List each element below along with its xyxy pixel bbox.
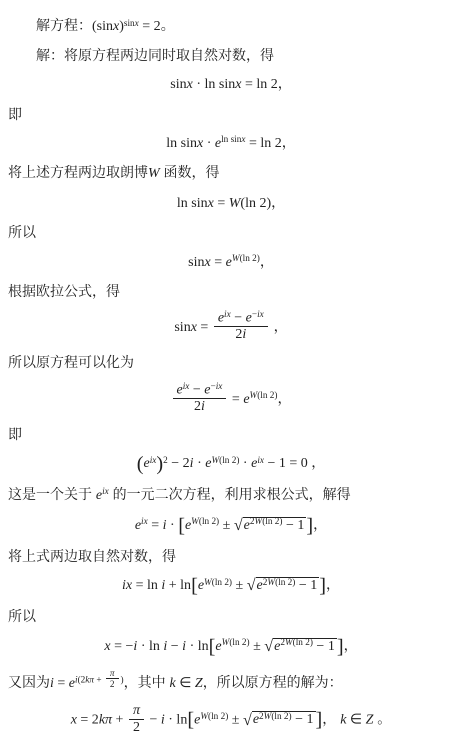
math-superscript: W(ln 2): [191, 517, 219, 526]
eq-x-intermediate: x = −i · ln i − i · ln[eW(ln 2) ± √e2W(l…: [8, 636, 454, 658]
math-roman: (ln 2): [212, 577, 232, 587]
math-roman: sin: [124, 18, 135, 28]
math-roman: (ln 2): [240, 253, 260, 263]
math-roman: ·: [239, 456, 251, 471]
text-run: 的一元二次方程，利用求根公式，解得: [109, 486, 351, 502]
math-roman: · ln: [137, 639, 163, 654]
fraction-denominator: 2i: [173, 399, 227, 415]
math-roman: (ln 2): [229, 637, 249, 647]
text-run: ，: [326, 576, 340, 592]
math-roman: ±: [228, 712, 243, 727]
eq-quadratic-in-eix: (eix)2 − 2i · eW(ln 2) · eix − 1 = 0 ，: [8, 453, 454, 474]
radicand: e2W(ln 2) − 1: [256, 577, 320, 593]
math-variable: π: [110, 668, 115, 678]
math-roman: − 1: [313, 639, 335, 654]
text-run: ，: [322, 710, 340, 726]
radical-icon: √: [243, 712, 252, 729]
step-solve-quadratic: 这是一个关于 eix 的一元二次方程，利用求根公式，解得: [8, 485, 454, 505]
math-roman: −: [189, 382, 204, 397]
big-bracket: ]: [337, 635, 344, 657]
math-fraction: π2: [106, 668, 119, 690]
math-roman: ln sin: [221, 134, 241, 144]
math-roman: 2: [110, 679, 115, 689]
math-variable: ix: [216, 381, 223, 391]
text-run: 所以原方程可以化为: [8, 354, 134, 370]
fraction-numerator: π: [106, 668, 119, 680]
problem-statement: 解方程：(sinx)sinx = 2。: [8, 16, 454, 36]
text-run: ，: [260, 253, 274, 269]
math-superscript: −ix: [211, 382, 223, 391]
math-superscript: ix: [224, 310, 231, 319]
text-run: 根据欧拉公式，得: [8, 283, 120, 299]
text-run: ，: [278, 75, 292, 91]
square-root: √e2W(ln 2) − 1: [234, 516, 307, 537]
math-variable: ix: [224, 309, 231, 319]
math-roman: = 2: [139, 19, 161, 34]
math-variable: W: [232, 253, 240, 263]
math-roman: sin: [170, 77, 186, 92]
text-run: ，所以原方程的解为：: [203, 674, 343, 690]
math-variable: ix: [257, 455, 264, 465]
text-run: ，: [311, 454, 325, 470]
math-variable: ix: [122, 578, 132, 593]
fraction-denominator: 2: [129, 720, 144, 736]
eq-lnsinx-exp-form: ln sinx · eln sinx = ln 2，: [8, 133, 454, 153]
math-roman: (ln 2): [219, 455, 239, 465]
text-run: ，: [282, 134, 296, 150]
math-variable: kπ: [85, 674, 94, 684]
math-roman: sin: [174, 320, 190, 335]
math-roman: ±: [232, 578, 247, 593]
math-roman: ·: [194, 456, 206, 471]
math-roman: · ln: [186, 639, 209, 654]
math-roman: −: [167, 639, 182, 654]
text-run: ，: [271, 194, 285, 210]
square-root: √e2W(ln 2) − 1: [247, 576, 320, 597]
math-variable: W: [211, 455, 219, 465]
math-roman: − 1: [295, 578, 317, 593]
text-run: ，: [278, 390, 292, 406]
math-variable: W: [285, 637, 293, 647]
math-superscript: W(ln 2): [232, 254, 260, 263]
text-run: 即: [8, 426, 22, 442]
text-run: 解方程：: [36, 17, 92, 33]
math-roman: ±: [250, 639, 265, 654]
math-roman: =: [54, 676, 69, 691]
math-roman: =: [214, 196, 229, 211]
math-roman: −: [146, 712, 161, 727]
fraction-denominator: 2i: [214, 327, 268, 343]
eq-sinx-ln-sinx: sinx · ln sinx = ln 2，: [8, 74, 454, 94]
document-page: 解方程：(sinx)sinx = 2。解：将原方程两边同时取自然对数，得sinx…: [0, 0, 462, 752]
big-bracket: [: [191, 575, 198, 597]
math-roman: =: [148, 518, 163, 533]
text-run: ，: [313, 516, 327, 532]
math-roman: = −: [111, 639, 134, 654]
math-roman: −: [231, 310, 246, 325]
eq-sinx-equals-eW: sinx = eW(ln 2)，: [8, 252, 454, 272]
radicand: e2W(ln 2) − 1: [273, 638, 337, 654]
square-root: √e2W(ln 2) − 1: [264, 637, 337, 658]
math-variable: Z: [195, 676, 203, 691]
math-roman: sin: [188, 255, 204, 270]
math-superscript: 2W(ln 2): [250, 517, 283, 526]
math-variable: kπ: [99, 712, 112, 727]
math-fraction: eix − e−ix2i: [173, 382, 227, 416]
radical-icon: √: [264, 638, 273, 655]
math-superscript: W(ln 2): [211, 456, 239, 465]
math-roman: + ln: [165, 578, 191, 593]
step-transform-equation: 所以原方程可以化为: [8, 353, 454, 371]
math-roman: ·: [203, 136, 215, 151]
math-roman: = ln 2: [241, 77, 277, 92]
math-superscript: i(2kπ + π2): [75, 668, 124, 690]
connector-therefore-1: 所以: [8, 223, 454, 241]
radicand: e2W(ln 2) − 1: [252, 711, 316, 727]
connector-namely-1: 即: [8, 105, 454, 123]
eq-lnsinx-equals-W: ln sinx = W(ln 2)，: [8, 193, 454, 213]
math-fraction: eix − e−ix2i: [214, 310, 268, 344]
math-roman: ln sin: [177, 196, 208, 211]
eq-euler-sine: sinx = eix − e−ix2i ，: [8, 310, 454, 344]
math-variable: W: [204, 577, 212, 587]
math-roman: (sin: [92, 19, 113, 34]
math-superscript: 2W(ln 2): [259, 712, 292, 721]
math-roman: − 1: [292, 712, 314, 727]
text-run: ，其中: [124, 674, 170, 690]
math-variable: ix: [257, 309, 264, 319]
math-roman: (ln 2): [240, 196, 271, 211]
text-run: 。: [161, 17, 175, 33]
math-roman: − 1: [282, 518, 304, 533]
math-roman: +: [94, 674, 104, 684]
math-superscript: ln sinx: [221, 135, 245, 144]
text-run: 又因为: [8, 674, 50, 690]
math-superscript: ix: [141, 517, 148, 526]
math-roman: (ln 2): [275, 577, 295, 587]
text-run: 将上述方程两边取朗博: [8, 164, 148, 180]
eq-transformed: eix − e−ix2i = eW(ln 2)，: [8, 382, 454, 416]
math-roman: (ln 2): [199, 516, 219, 526]
math-roman: ∈: [176, 676, 195, 691]
math-roman: 2: [133, 720, 140, 735]
fraction-denominator: 2: [106, 679, 119, 690]
radical-icon: √: [234, 517, 243, 534]
math-variable: ix: [141, 516, 148, 526]
math-variable: W: [200, 711, 208, 721]
eq-ix: ix = ln i + ln[eW(ln 2) ± √e2W(ln 2) − 1…: [8, 575, 454, 597]
big-bracket: [: [178, 515, 185, 537]
text-run: 即: [8, 106, 22, 122]
text-run: 将上式两边取自然对数，得: [8, 548, 176, 564]
document-body: 解方程：(sinx)sinx = 2。解：将原方程两边同时取自然对数，得sinx…: [8, 16, 454, 736]
math-variable: W: [229, 196, 241, 211]
math-roman: ln sin: [166, 136, 197, 151]
text-run: ，: [270, 318, 288, 334]
math-fraction: π2: [129, 703, 144, 736]
connector-namely-2: 即: [8, 425, 454, 443]
math-superscript: ix: [102, 487, 109, 496]
step-euler-formula: 根据欧拉公式，得: [8, 282, 454, 300]
math-roman: = 2: [77, 712, 99, 727]
eq-eix-roots: eix = i · [eW(ln 2) ± √e2W(ln 2) − 1]，: [8, 515, 454, 537]
math-superscript: −ix: [252, 310, 264, 319]
math-variable: π: [133, 703, 140, 718]
eq-final-solution: x = 2kπ + π2 − i · ln[eW(ln 2) ± √e2W(ln…: [8, 703, 454, 736]
connector-therefore-2: 所以: [8, 607, 454, 625]
text-run: ，: [344, 637, 358, 653]
math-roman: ∈: [346, 712, 365, 727]
math-variable: ix: [102, 486, 109, 496]
step-apply-lambert-w: 将上述方程两边取朗博W 函数，得: [8, 163, 454, 183]
text-run: 函数，得: [160, 164, 220, 180]
math-roman: − 2: [168, 456, 190, 471]
math-roman: = ln: [132, 578, 161, 593]
math-roman: 2: [194, 399, 201, 414]
math-roman: − 1 = 0: [264, 456, 311, 471]
math-superscript: 2W(ln 2): [263, 578, 296, 587]
fraction-numerator: π: [129, 703, 144, 720]
radicand: e2W(ln 2) − 1: [243, 517, 307, 533]
step-take-natural-log-2: 将上式两边取自然对数，得: [8, 547, 454, 565]
math-roman: (ln 2): [262, 516, 282, 526]
text-run: 所以: [8, 224, 36, 240]
math-superscript: ix: [257, 456, 264, 465]
math-roman: (ln 2): [293, 637, 313, 647]
square-root: √e2W(ln 2) − 1: [243, 711, 316, 732]
text-run: 。: [373, 710, 391, 726]
text-run: 所以: [8, 608, 36, 624]
math-roman: +: [112, 712, 127, 727]
math-roman: =: [197, 320, 212, 335]
math-roman: =: [228, 392, 243, 407]
math-roman: =: [211, 255, 226, 270]
math-superscript: W(ln 2): [250, 391, 278, 400]
math-superscript: W(ln 2): [222, 638, 250, 647]
text-run: 解：将原方程两边同时取自然对数，得: [36, 47, 274, 63]
big-bracket: ): [156, 453, 163, 475]
math-variable: W: [191, 516, 199, 526]
math-roman: (ln 2): [257, 390, 277, 400]
math-superscript: W(ln 2): [200, 712, 228, 721]
step-i-polar-form: 又因为i = ei(2kπ + π2)，其中 k ∈ Z，所以原方程的解为：: [8, 668, 454, 693]
math-variable: W: [267, 577, 275, 587]
math-roman: (ln 2): [208, 711, 228, 721]
math-roman: = ln 2: [245, 136, 281, 151]
math-variable: i: [242, 327, 246, 342]
math-roman: ±: [219, 518, 234, 533]
math-roman: (ln 2): [271, 711, 291, 721]
math-roman: · ln: [165, 712, 188, 727]
math-superscript: 2W(ln 2): [280, 638, 313, 647]
radical-icon: √: [247, 577, 256, 594]
fraction-numerator: eix − e−ix: [173, 382, 227, 400]
math-superscript: sinx: [124, 19, 139, 28]
text-run: 这是一个关于: [8, 486, 96, 502]
math-superscript: W(ln 2): [204, 578, 232, 587]
math-variable: W: [148, 166, 160, 181]
math-roman: · ln sin: [193, 77, 235, 92]
step-take-natural-log: 解：将原方程两边同时取自然对数，得: [8, 46, 454, 64]
math-variable: i: [201, 399, 205, 414]
fraction-numerator: eix − e−ix: [214, 310, 268, 328]
math-roman: ·: [167, 518, 179, 533]
